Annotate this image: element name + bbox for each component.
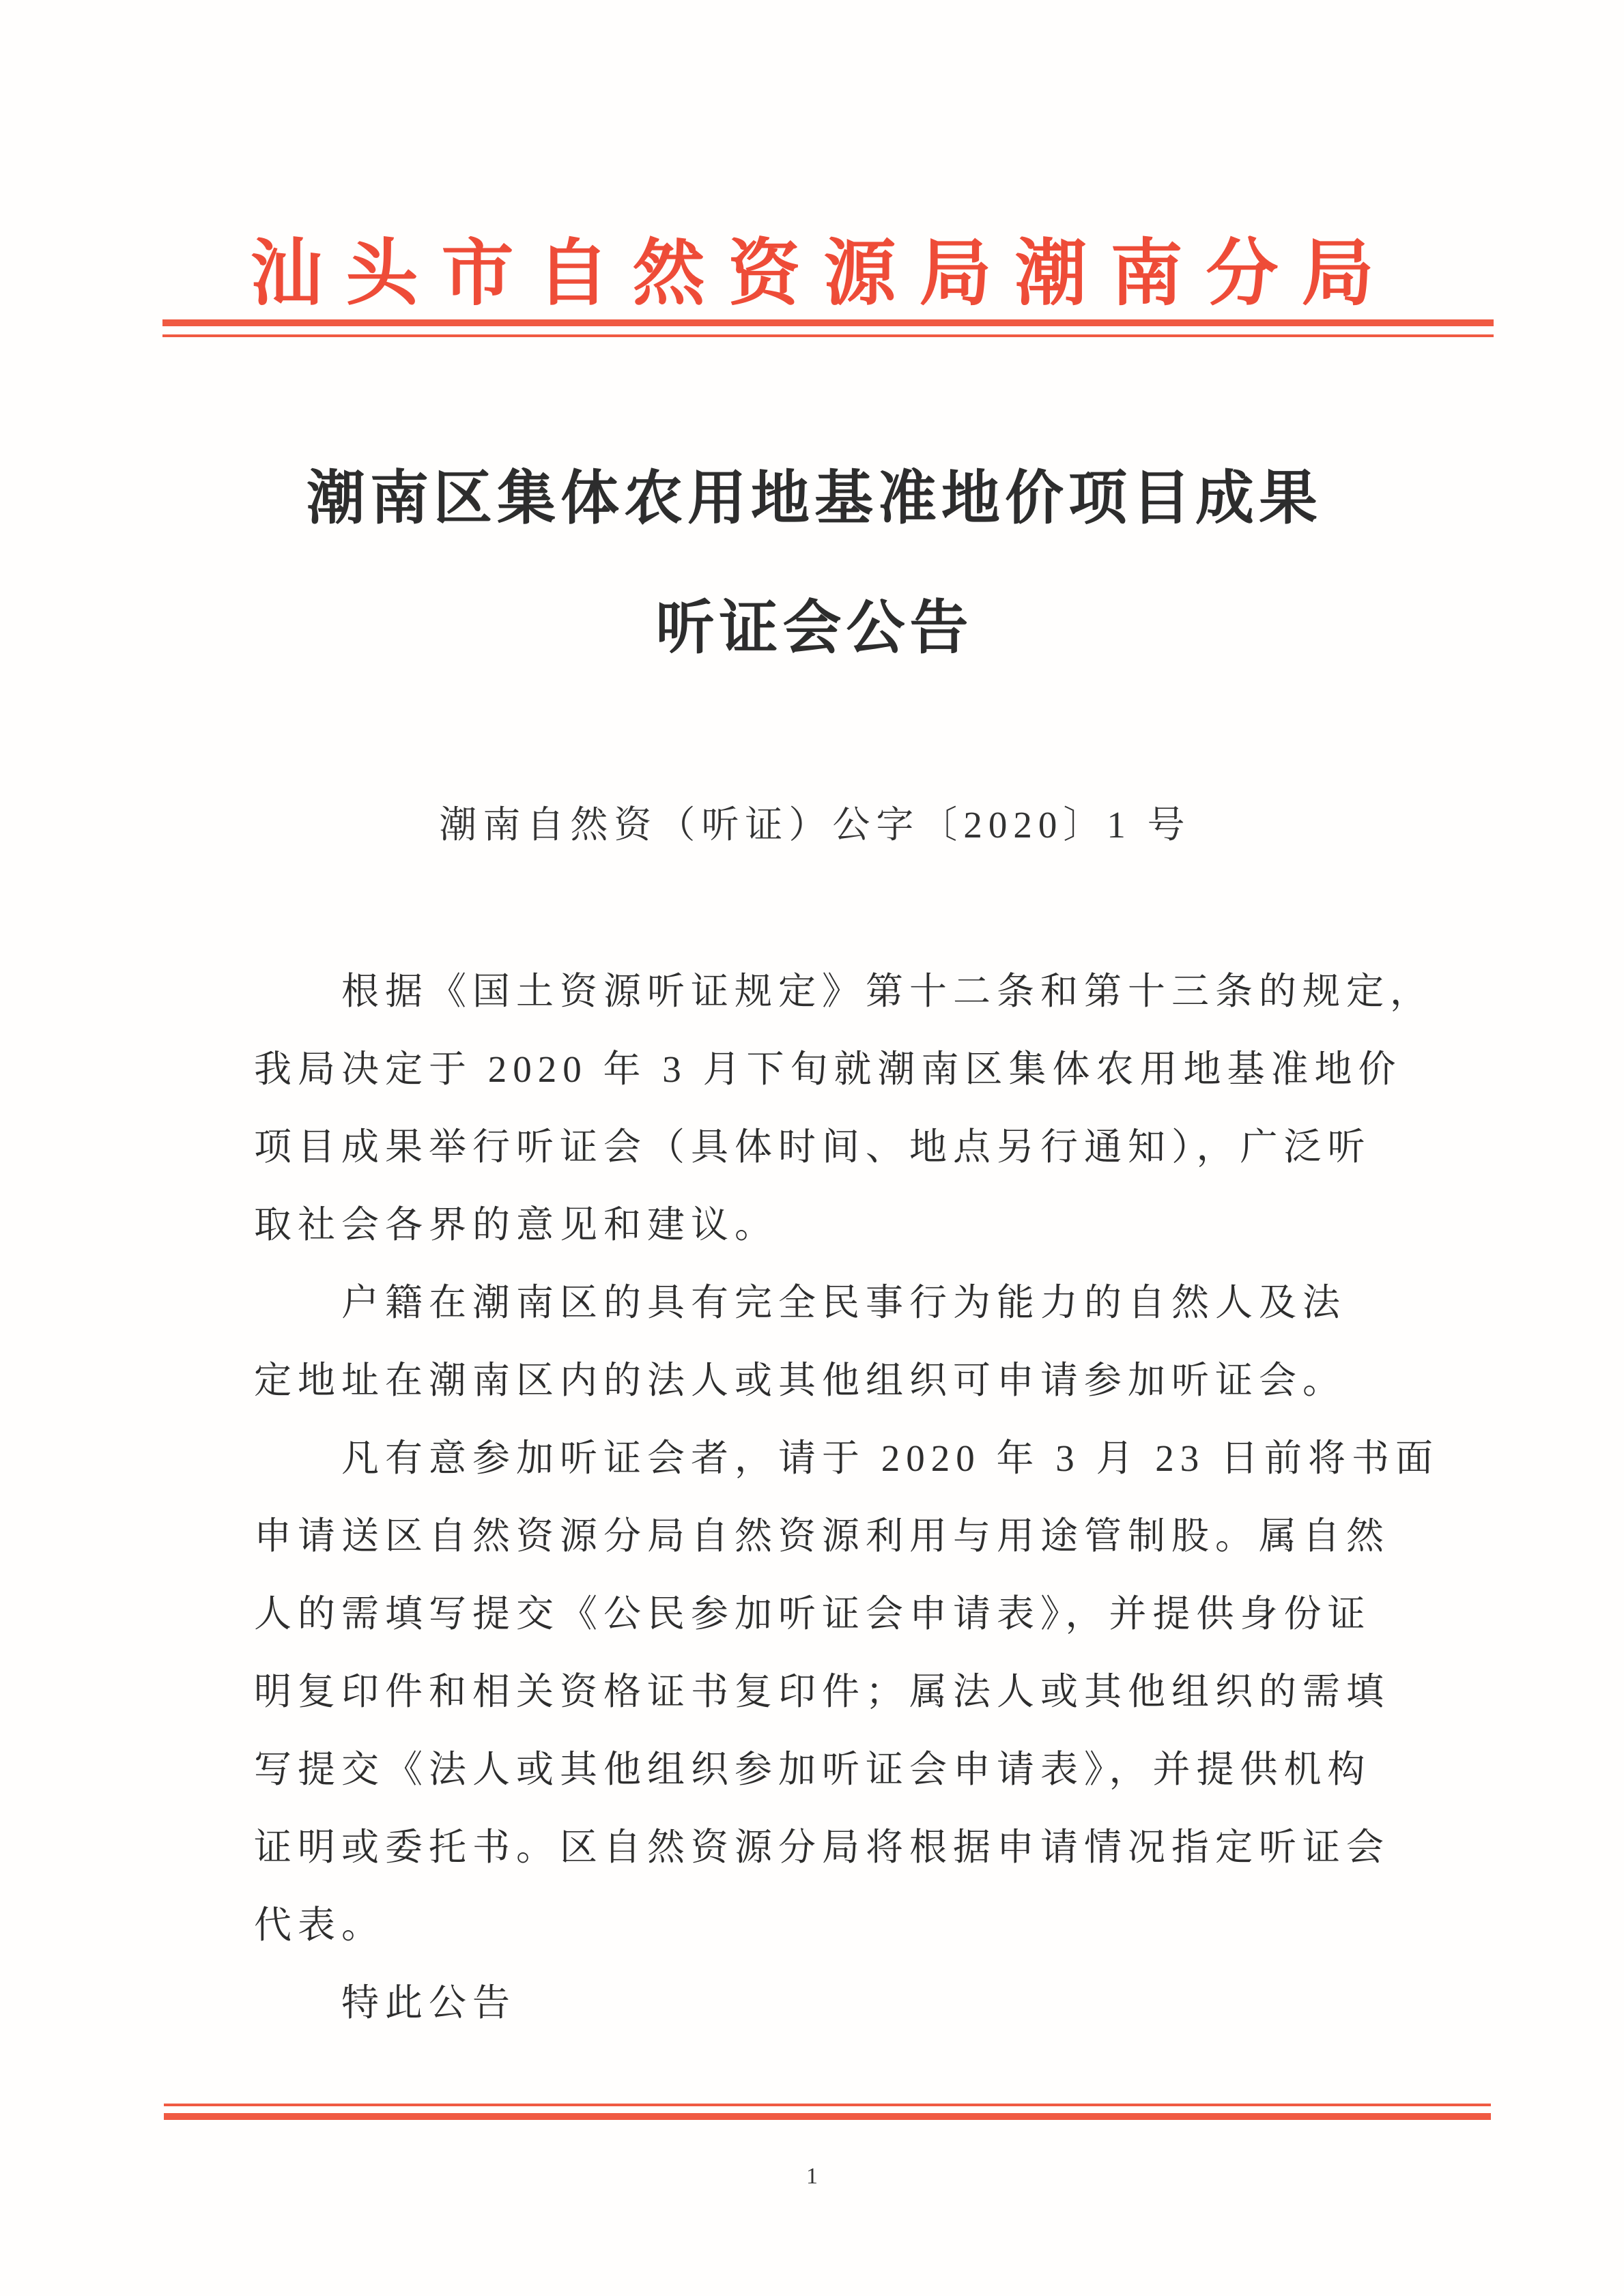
footer-rule-thick-line: [164, 2113, 1491, 2120]
body-line: 写提交《法人或其他组织参加听证会申请表》，并提供机构: [254, 1731, 1414, 1809]
body-line: 申请送区自然资源分局自然资源利用与用途管制股。属自然: [254, 1497, 1414, 1575]
body-line: 证明或委托书。区自然资源分局将根据申请情况指定听证会: [254, 1809, 1414, 1886]
document-title-line2: 听证会公告: [0, 580, 1624, 665]
footer-double-rule: [164, 2104, 1491, 2120]
letterhead-title: 汕头市自然资源局潮南分局: [0, 216, 1624, 319]
body-line: 户籍在潮南区的具有完全民事行为能力的自然人及法: [254, 1264, 1414, 1342]
document-page: 汕头市自然资源局潮南分局 潮南区集体农用地基准地价项目成果 听证会公告 潮南自然…: [0, 0, 1624, 2296]
body-line: 代表。: [254, 1886, 1414, 1964]
body-line: 根据《国土资源听证规定》第十二条和第十三条的规定，: [254, 953, 1414, 1031]
document-title-line1: 潮南区集体农用地基准地价项目成果: [0, 450, 1624, 535]
document-body: 根据《国土资源听证规定》第十二条和第十三条的规定，我局决定于 2020 年 3 …: [254, 953, 1414, 2042]
body-line: 定地址在潮南区内的法人或其他组织可申请参加听证会。: [254, 1342, 1414, 1420]
footer-rule-thin-line: [164, 2104, 1491, 2106]
body-line: 我局决定于 2020 年 3 月下旬就潮南区集体农用地基准地价: [254, 1031, 1414, 1108]
header-double-rule: [162, 319, 1494, 337]
header-rule-thick-line: [162, 319, 1494, 326]
document-reference-number: 潮南自然资（听证）公字〔2020〕1 号: [0, 794, 1624, 848]
body-line: 项目成果举行听证会（具体时间、地点另行通知），广泛听: [254, 1108, 1414, 1186]
body-line: 凡有意参加听证会者，请于 2020 年 3 月 23 日前将书面: [254, 1420, 1414, 1497]
body-line: 特此公告: [254, 1964, 1414, 2042]
body-line: 取社会各界的意见和建议。: [254, 1186, 1414, 1264]
body-line: 明复印件和相关资格证书复印件；属法人或其他组织的需填: [254, 1653, 1414, 1731]
body-line: 人的需填写提交《公民参加听证会申请表》，并提供身份证: [254, 1575, 1414, 1653]
header-rule-thin-line: [162, 334, 1494, 337]
page-number: 1: [0, 2164, 1624, 2190]
